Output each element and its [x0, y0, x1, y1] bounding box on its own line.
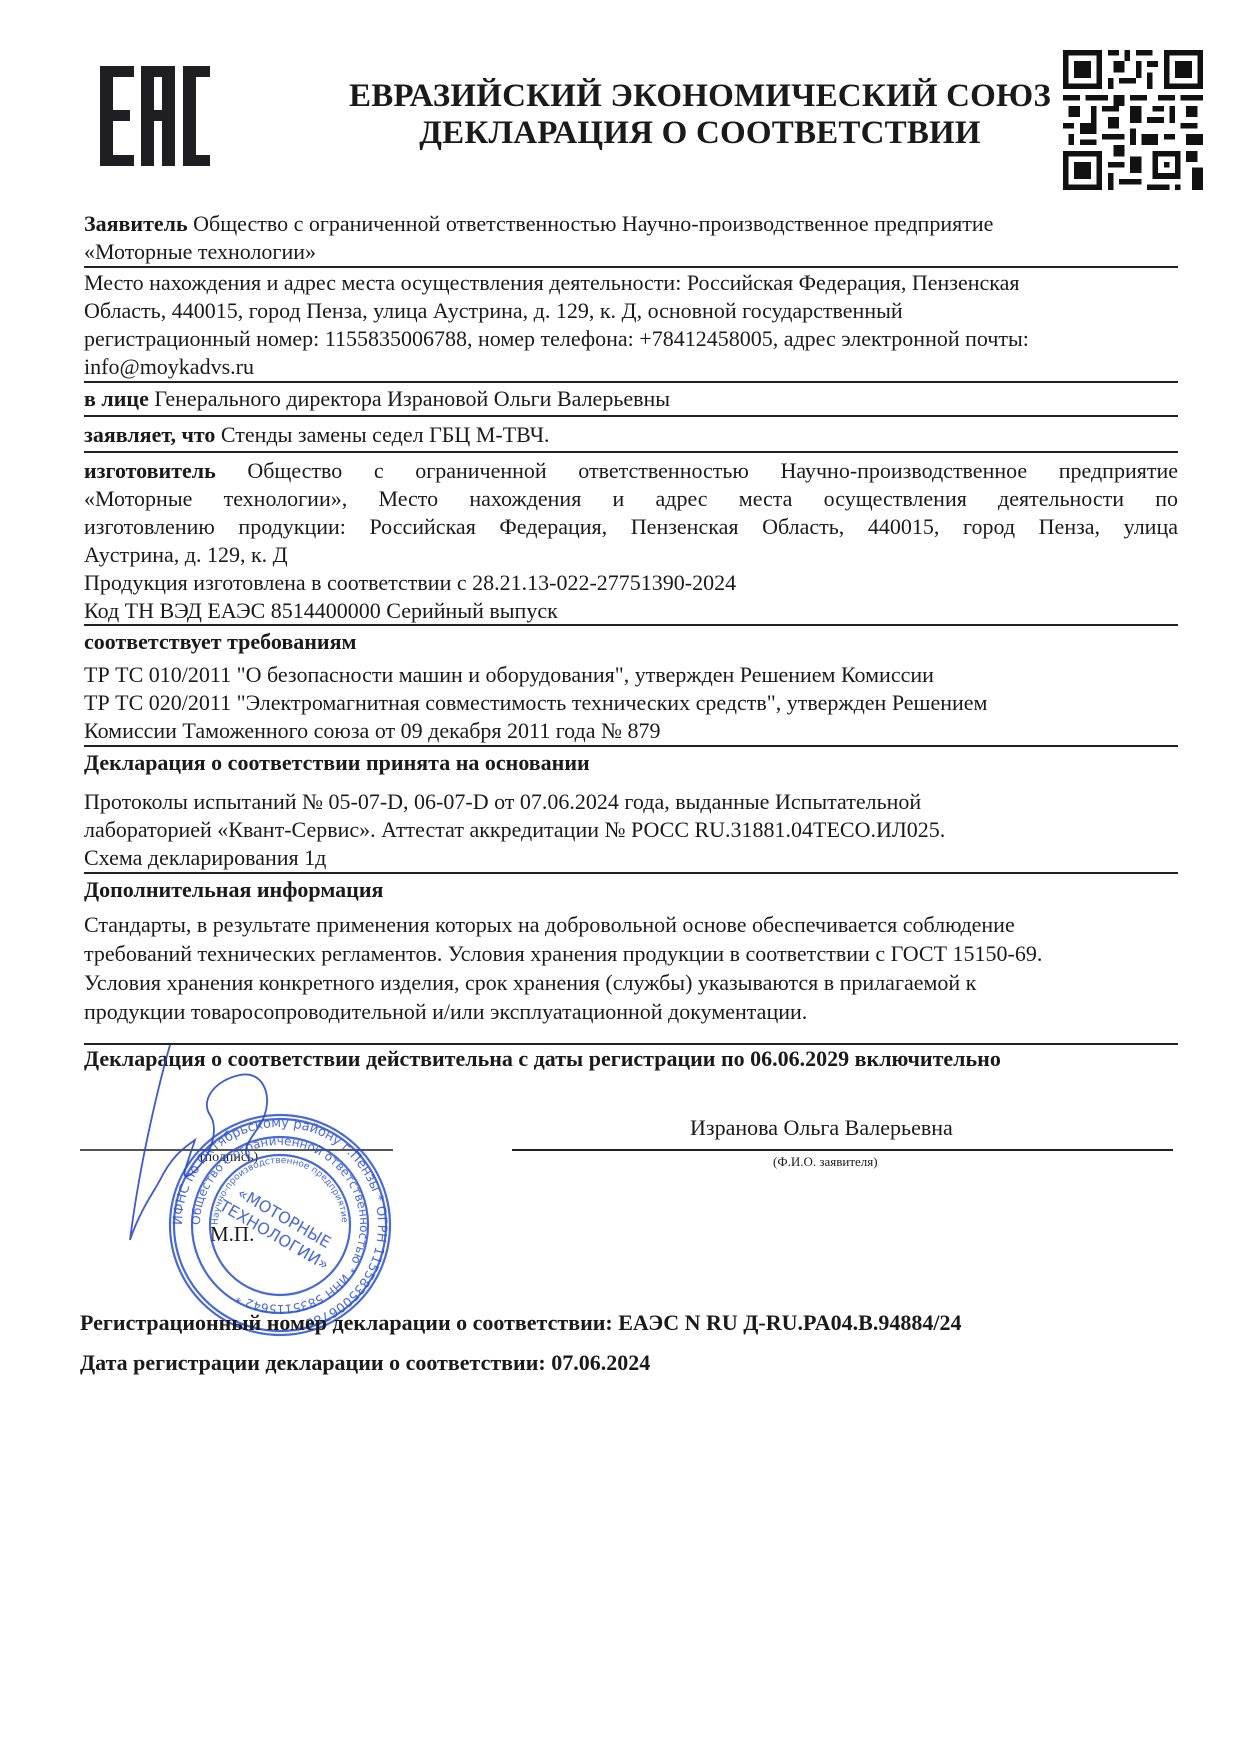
- manufacturer-line-3: изготовлению продукции: Российская Федер…: [84, 513, 1178, 541]
- representative-value: Генерального директора Израновой Ольги В…: [149, 386, 670, 411]
- handwritten-signature-icon: [100, 1040, 360, 1250]
- additional-line-3: Условия хранения конкретного изделия, ср…: [84, 969, 1178, 997]
- manufacturer-label: изготовитель: [84, 458, 216, 483]
- declares-label: заявляет, что: [84, 422, 215, 447]
- divider: [84, 415, 1178, 417]
- address-line-1: Место нахождения и адрес места осуществл…: [84, 269, 1178, 297]
- registration-date: Дата регистрации декларации о соответств…: [80, 1350, 650, 1376]
- manufacturer-name: Общество с ограниченной ответственностью…: [216, 458, 1178, 483]
- requirements-heading: соответствует требованиям: [84, 628, 1178, 656]
- applicant-line-1: Заявитель Общество с ограниченной ответс…: [84, 210, 1178, 238]
- divider: [84, 381, 1178, 383]
- basis-line-1: Протоколы испытаний № 05-07-D, 06-07-D о…: [84, 788, 1178, 816]
- requirement-1: ТР ТС 010/2011 "О безопасности машин и о…: [84, 661, 1178, 689]
- name-line: [512, 1149, 1173, 1151]
- applicant-label: Заявитель: [84, 211, 188, 236]
- divider: [84, 624, 1178, 626]
- representative-line: в лице Генерального директора Израновой …: [84, 385, 1178, 413]
- document-title: ДЕКЛАРАЦИЯ О СООТВЕТСТВИИ: [330, 115, 1070, 152]
- basis-line-2: лабораторией «Квант-Сервис». Аттестат ак…: [84, 816, 1178, 844]
- hs-code: Код ТН ВЭД ЕАЭС 8514400000 Серийный выпу…: [84, 597, 1178, 625]
- applicant-name: Общество с ограниченной ответственностью…: [188, 211, 994, 236]
- requirement-2-cont: Комиссии Таможенного союза от 09 декабря…: [84, 717, 1178, 745]
- divider: [84, 745, 1178, 747]
- additional-line-2: требований технических регламентов. Усло…: [84, 940, 1178, 968]
- additional-line-4: продукции товаросопроводительной и/или э…: [84, 998, 1178, 1026]
- name-caption: (Ф.И.О. заявителя): [773, 1154, 878, 1170]
- address-line-3: регистрационный номер: 1155835006788, но…: [84, 325, 1178, 353]
- additional-heading: Дополнительная информация: [84, 876, 1178, 904]
- manufacturer-line-2: «Моторные технологии», Место нахождения …: [84, 485, 1178, 513]
- divider: [84, 872, 1178, 874]
- basis-heading: Декларация о соответствии принята на осн…: [84, 749, 1178, 777]
- registration-number: Регистрационный номер декларации о соотв…: [80, 1310, 961, 1336]
- requirement-2: ТР ТС 020/2011 "Электромагнитная совмест…: [84, 689, 1178, 717]
- declaration-scheme: Схема декларирования 1д: [84, 844, 1178, 872]
- divider: [84, 266, 1178, 268]
- address-email: info@moykadvs.ru: [84, 353, 1178, 381]
- qr-code-icon: [1062, 50, 1204, 190]
- divider: [84, 451, 1178, 453]
- representative-label: в лице: [84, 386, 149, 411]
- address-line-2: Область, 440015, город Пенза, улица Ауст…: [84, 297, 1178, 325]
- union-title: ЕВРАЗИЙСКИЙ ЭКОНОМИЧЕСКИЙ СОЮЗ: [330, 78, 1070, 115]
- additional-line-1: Стандарты, в результате применения котор…: [84, 911, 1178, 939]
- applicant-line-2: «Моторные технологии»: [84, 238, 1178, 266]
- declares-line: заявляет, что Стенды замены седел ГБЦ М-…: [84, 421, 1178, 449]
- product-name: Стенды замены седел ГБЦ М-ТВЧ.: [215, 422, 549, 447]
- manufacturer-line-4: Аустрина, д. 129, к. Д: [84, 541, 1178, 569]
- production-standard: Продукция изготовлена в соответствии с 2…: [84, 569, 1178, 597]
- manufacturer-line-1: изготовитель Общество с ограниченной отв…: [84, 457, 1178, 485]
- applicant-full-name: Изранова Ольга Валерьевна: [690, 1115, 953, 1141]
- eac-logo: [100, 66, 210, 166]
